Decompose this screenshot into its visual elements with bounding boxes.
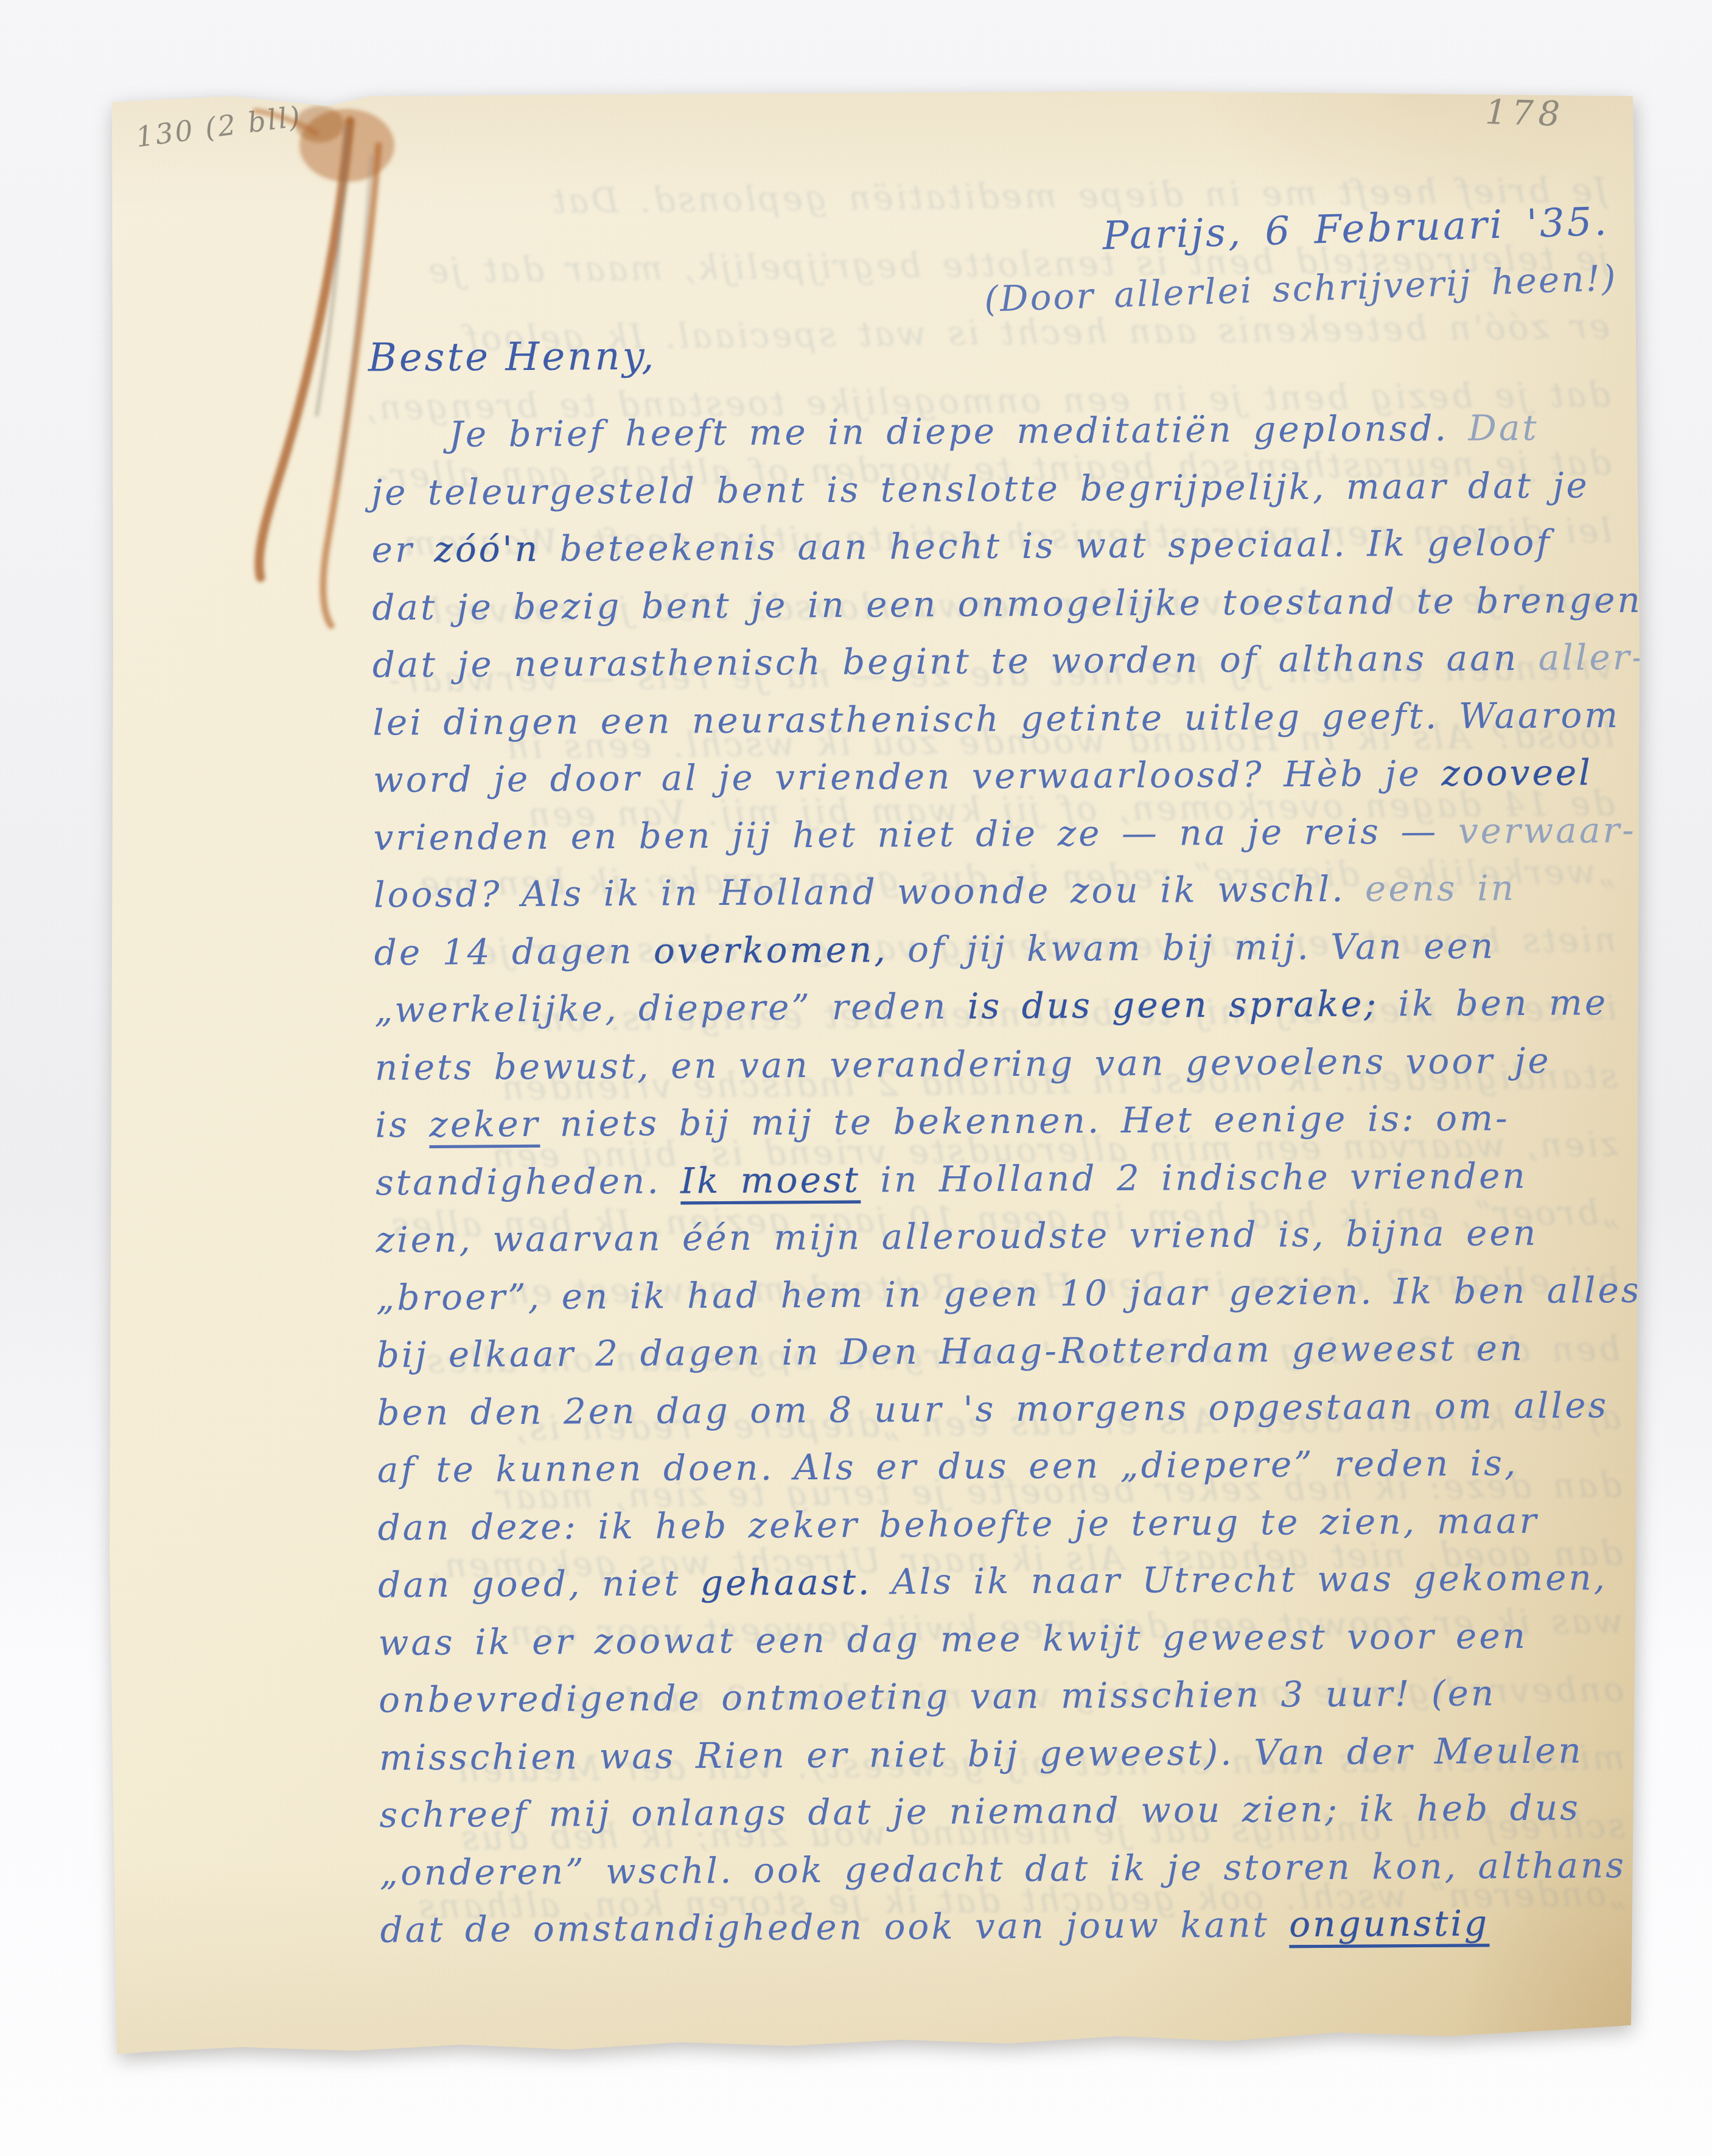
letter-line: niets bewust, en van verandering van gev… [375, 1031, 1629, 1096]
letter-paper-wrap: Je brief heeft me in diepe meditatiën ge… [108, 91, 1642, 2057]
salutation: Beste Henny, [368, 334, 657, 381]
letter-line: dan goed, niet gehaast. Als ik naar Utre… [378, 1549, 1632, 1614]
letter-line: je teleurgesteld bent is tenslotte begri… [371, 456, 1626, 521]
place-date-line: Parijs, 6 Februari '35. [1102, 200, 1609, 259]
letter-line: er zóó'n beteekenis aan hecht is wat spe… [371, 514, 1626, 579]
letter-text-segment: zooveel [1441, 752, 1593, 794]
letter-text-segment: bij elkaar 2 dagen in Den Haag-Rotterdam… [377, 1327, 1525, 1376]
letter-text-segment: niets bewust, en van verandering van gev… [375, 1039, 1551, 1088]
letter-text-segment: lei dingen een neurasthenisch getinte ui… [372, 694, 1620, 743]
letter-text-segment: was ik er zoowat een dag mee kwijt gewee… [378, 1614, 1528, 1663]
letter-line: „onderen” wschl. ook gedacht dat ik je s… [380, 1836, 1634, 1901]
letter-line: dan deze: ik heb zeker behoefte je terug… [377, 1491, 1632, 1556]
letter-text-segment: is dus geen sprake; [968, 983, 1379, 1027]
letter-line: dat je bezig bent je in een onmogelijke … [372, 571, 1626, 636]
letter-text-segment: je teleurgesteld bent is tenslotte begri… [371, 464, 1590, 513]
letter-text-segment: verwaar- [1458, 809, 1637, 851]
letter-text-segment: af te kunnen doen. Als er dus een „diepe… [377, 1442, 1518, 1490]
letter-text-segment: schreef mij onlangs dat je niemand wou z… [379, 1787, 1581, 1835]
letter-line: dat je neurasthenisch begint te worden o… [372, 629, 1627, 694]
letter-line: de 14 dagen overkomen, of jij kwam bij m… [374, 916, 1628, 981]
letter-line: „broer”, en ik had hem in geen 10 jaar g… [376, 1261, 1630, 1326]
letter-line: standigheden. Ik moest in Holland 2 indi… [376, 1146, 1630, 1211]
letter-paper: Je brief heeft me in diepe meditatiën ge… [108, 91, 1642, 2057]
letter-line: dat de omstandigheden ook van jouw kant … [380, 1894, 1634, 1959]
letter-text-segment: word je door al je vrienden verwaarloosd… [373, 753, 1442, 801]
letter-text-segment: dat de omstandigheden ook van jouw kant [380, 1903, 1289, 1950]
letter-text-segment: dan deze: ik heb zeker behoefte je terug… [377, 1499, 1539, 1548]
letter-text-segment: eens in [1365, 867, 1517, 910]
letter-text-segment: Je brief heeft me in diepe meditatiën ge… [449, 407, 1468, 455]
letter-line: zien, waarvan één mijn alleroudste vrien… [376, 1204, 1630, 1269]
letter-text-segment: vrienden en ben jij het niet die ze — na… [373, 810, 1458, 858]
letter-text-segment: of jij kwam bij mij. Van een [888, 925, 1496, 970]
date-subtitle-line: (Door allerlei schrijverij heen!) [984, 257, 1618, 319]
letter-line: loosd? Als ik in Holland woonde zou ik w… [374, 859, 1628, 924]
letter-text-segment: „onderen” wschl. ook gedacht dat ik je s… [380, 1844, 1626, 1893]
letter-text-segment: is [375, 1104, 429, 1146]
letter-text-segment: Als ik naar Utrecht was gekomen, [872, 1557, 1607, 1602]
letter-line: Je brief heeft me in diepe meditatiën ge… [371, 399, 1625, 464]
letter-line: af te kunnen doen. Als er dus een „diepe… [377, 1434, 1632, 1499]
letter-text-segment: in Holland 2 indische vrienden [861, 1154, 1528, 1200]
letter-text-segment: onbevredigende ontmoeting van misschien … [379, 1672, 1496, 1720]
letter-text-segment: loosd? Als ik in Holland woonde zou ik w… [374, 868, 1365, 916]
letter-text-segment: „broer”, en ik had hem in geen 10 jaar g… [376, 1269, 1642, 1318]
letter-text-segment: standigheden. [376, 1160, 681, 1203]
letter-text-segment: Dat [1468, 407, 1539, 449]
letter-text-segment: er [371, 529, 434, 571]
letter-line: misschien was Rien er niet bij geweest).… [379, 1721, 1633, 1786]
photo-backdrop: Je brief heeft me in diepe meditatiën ge… [0, 0, 1712, 2156]
letter-text-segment: zien, waarvan één mijn alleroudste vrien… [376, 1212, 1538, 1261]
page-number-annotation: 178 [1484, 92, 1565, 134]
letter-line: schreef mij onlangs dat je niemand wou z… [379, 1779, 1633, 1844]
letter-text-segment: ongunstig [1289, 1902, 1489, 1945]
letter-line: bij elkaar 2 dagen in Den Haag-Rotterdam… [376, 1319, 1630, 1384]
letter-text-segment: de 14 dagen [374, 930, 654, 973]
letter-text-segment: dan goed, niet [378, 1562, 701, 1605]
letter-text-segment: dat je neurasthenisch begint te worden o… [372, 637, 1539, 686]
letter-text-segment: beteekenis aan hecht is wat speciaal. Ik… [540, 522, 1552, 570]
letter-line: is zeker niets bij mij te bekennen. Het … [375, 1089, 1629, 1154]
letter-text-segment: aller- [1538, 637, 1646, 679]
letter-text-segment: gehaast. [701, 1561, 872, 1604]
letter-line: word je door al je vrienden verwaarloosd… [373, 744, 1627, 809]
letter-text-segment: dat je bezig bent je in een onmogelijke … [372, 579, 1656, 628]
letter-text-segment: Ik moest [680, 1159, 861, 1201]
letter-content: 130 (2 bll) 178 Parijs, 6 Februari '35. … [103, 86, 1649, 2060]
letter-text-segment: zeker [429, 1103, 540, 1145]
letter-text-segment: „werkelijke, diepere” reden [374, 986, 968, 1031]
archive-number-annotation: 130 (2 bll) [134, 100, 304, 154]
letter-line: was ik er zoowat een dag mee kwijt gewee… [378, 1606, 1632, 1671]
letter-text-segment: misschien was Rien er niet bij geweest).… [379, 1729, 1584, 1778]
letter-line: „werkelijke, diepere” reden is dus geen … [374, 974, 1629, 1039]
letter-line: ben den 2en dag om 8 uur 's morgens opge… [377, 1376, 1631, 1441]
letter-body: Je brief heeft me in diepe meditatiën ge… [371, 399, 1634, 1959]
letter-text-segment: ben den 2en dag om 8 uur 's morgens opge… [377, 1384, 1609, 1433]
letter-text-segment: niets bij mij te bekennen. Het eenige is… [540, 1097, 1510, 1145]
letter-text-segment: ik ben me [1378, 982, 1609, 1024]
letter-line: onbevredigende ontmoeting van misschien … [379, 1664, 1633, 1729]
letter-line: lei dingen een neurasthenisch getinte ui… [372, 686, 1627, 751]
letter-text-segment: overkomen, [654, 929, 888, 971]
letter-text-segment: zóó'n [434, 528, 540, 570]
letter-line: vrienden en ben jij het niet die ze — na… [373, 801, 1627, 866]
